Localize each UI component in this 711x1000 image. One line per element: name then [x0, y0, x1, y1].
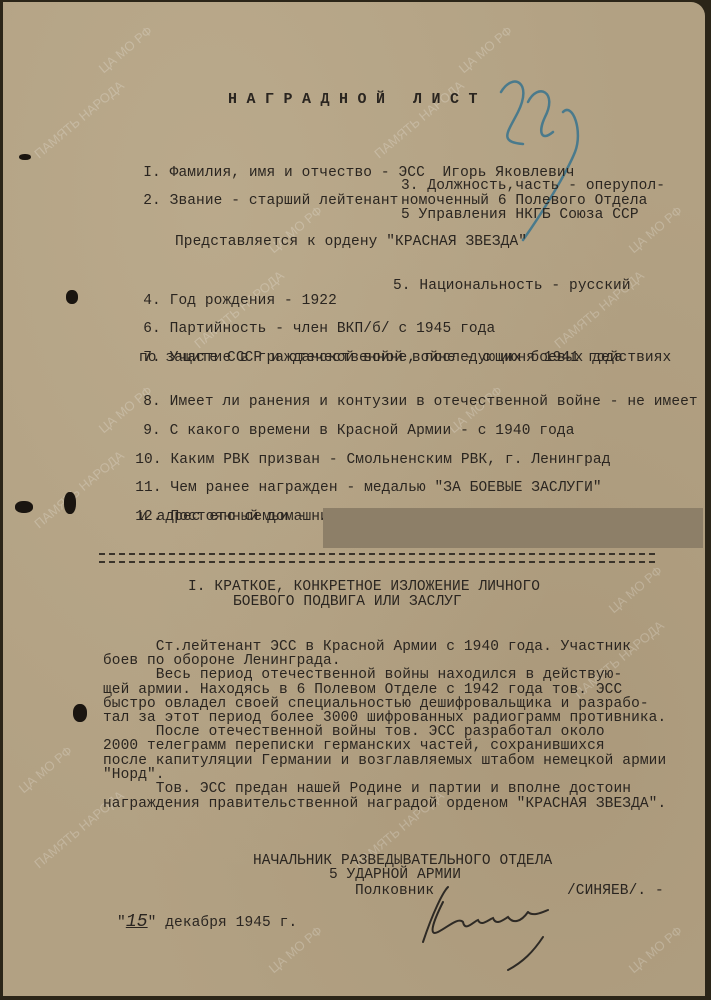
document-title: НАГРАДНОЙ ЛИСТ — [228, 92, 487, 107]
field-7-participation-line-2: по защите СССР и отечественной войне - с… — [139, 351, 623, 366]
award-sheet-page: ЦА МО РФ ЦА МО РФ ПАМЯТЬ НАРОДА ПАМЯТЬ Н… — [3, 2, 705, 996]
body-line: 2000 телеграмм переписки германских част… — [103, 739, 605, 754]
body-line: награждения правительственной наградой о… — [103, 797, 666, 812]
body-line: после капитуляции Германии и возглавляем… — [103, 754, 666, 769]
punch-hole — [19, 154, 31, 160]
field-3-position-line-1: 3. Должность,часть - оперупол- — [401, 179, 665, 194]
body-line: Весь период отечественной войны находилс… — [103, 668, 622, 683]
watermark: ЦА МО РФ — [456, 23, 515, 76]
watermark: ЦА МО РФ — [626, 923, 685, 976]
section-heading-line-1: I. КРАТКОЕ, КОНКРЕТНОЕ ИЗЛОЖЕНИЕ ЛИЧНОГО — [188, 580, 540, 595]
body-line: Тов. ЭСС предан нашей Родине и партии и … — [103, 782, 631, 797]
double-dashed-separator — [99, 553, 655, 563]
date-line: "15" декабря 1945 г. — [117, 915, 297, 931]
field-3-position-line-3: 5 Управления НКГБ Союза ССР — [401, 208, 639, 223]
watermark: ПАМЯТЬ НАРОДА — [31, 78, 126, 162]
date-day-handwritten: 15 — [126, 912, 148, 932]
signatory-title-line-2: 5 УДАРНОЙ АРМИИ — [329, 868, 461, 883]
punch-hole — [15, 501, 33, 513]
watermark: ЦА МО РФ — [16, 743, 75, 796]
signatory-name: /СИНЯЕВ/. - — [567, 884, 664, 899]
handwritten-signature — [403, 882, 563, 972]
watermark: ЦА МО РФ — [606, 563, 665, 616]
punch-hole — [73, 704, 87, 722]
watermark: ЦА МО РФ — [96, 23, 155, 76]
field-5-nationality: 5. Национальность - русский — [393, 279, 631, 294]
redacted-address-block — [323, 508, 703, 548]
section-heading-line-2: БОЕВОГО ПОДВИГА ИЛИ ЗАСЛУГ — [233, 595, 462, 610]
punch-hole — [64, 492, 76, 514]
presented-for-order: Представляется к ордену "КРАСНАЯ ЗВЕЗДА" — [175, 235, 527, 250]
field-2-rank: 2. Звание - старший лейтенант — [108, 179, 398, 224]
field-12-address-line-2: и адрес его семьи - — [139, 510, 306, 525]
punch-hole — [66, 290, 78, 304]
